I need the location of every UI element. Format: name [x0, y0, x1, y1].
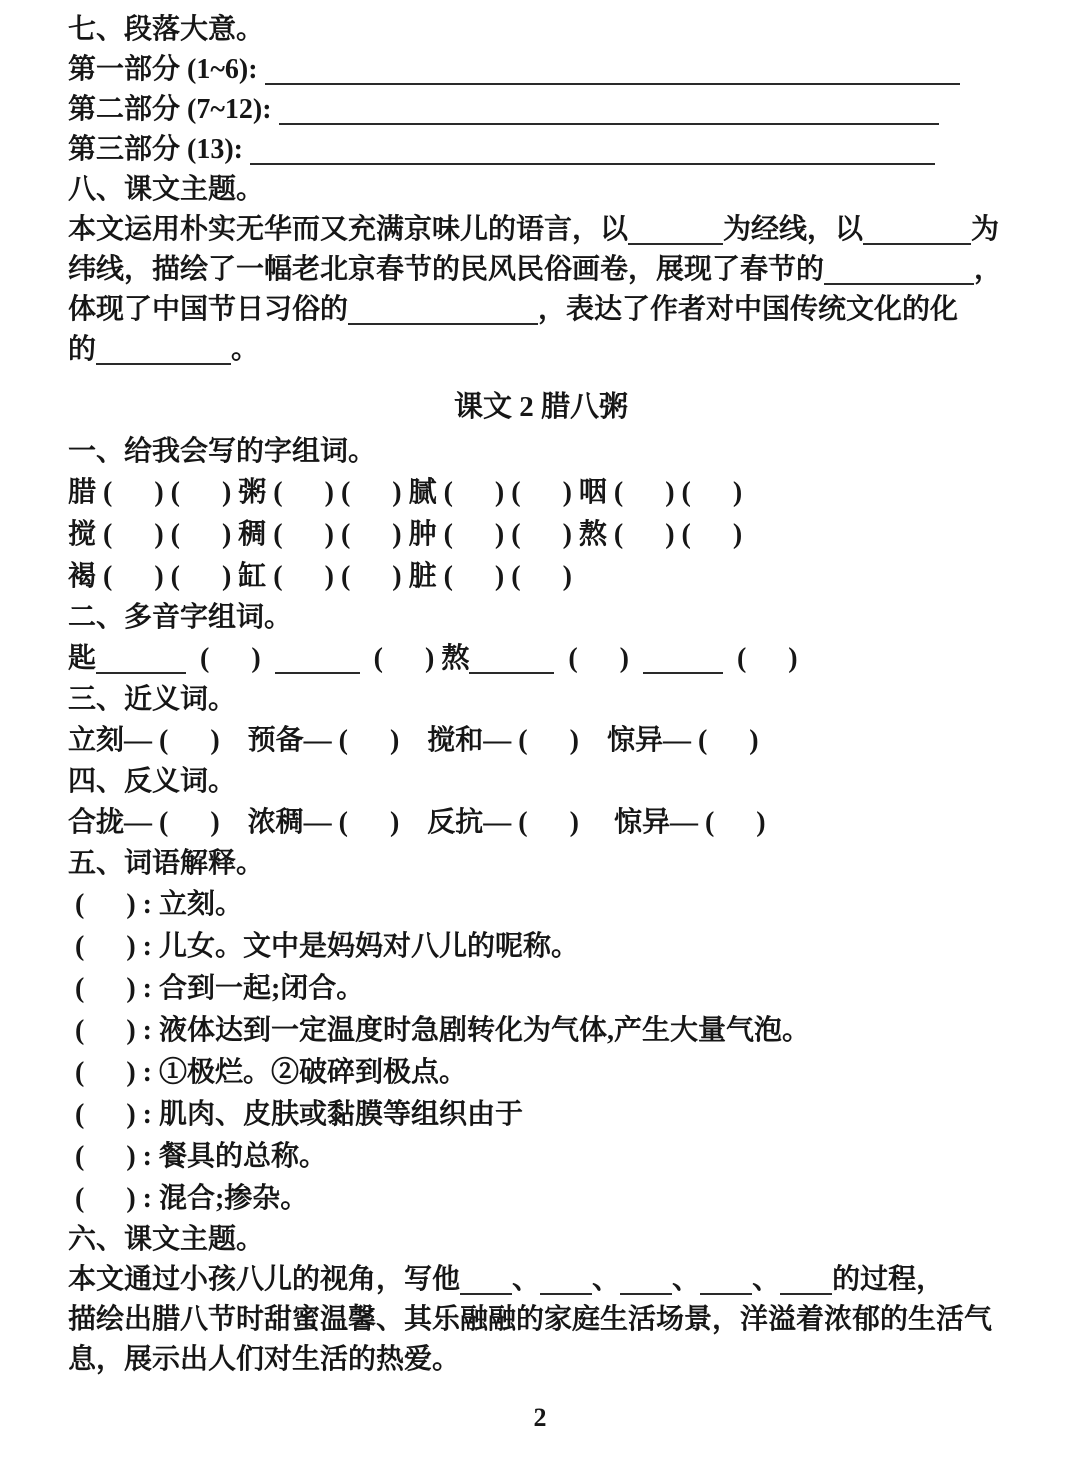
section-6-para-line-3: 息，展示出人们对生活的热爱。 — [68, 1340, 1014, 1380]
section-6-para-line-2: 描绘出腊八节时甜蜜温馨、其乐融融的家庭生活场景，洋溢着浓郁的生活气 — [68, 1300, 1014, 1340]
para-text: ， — [974, 254, 1002, 285]
definition-text: ( ) : 混合;掺杂。 — [68, 1183, 308, 1214]
section-8-para-line-4: 的。 — [68, 330, 1014, 370]
definition-text: ( ) : 肌肉、皮肤或黏膜等组织由于 — [68, 1099, 523, 1130]
word-row-text: 腊 ( ) ( ) 粥 ( ) ( ) 腻 ( ) ( ) 咽 ( ) ( ) — [68, 477, 742, 508]
section-4-heading-text: 四、反义词。 — [68, 766, 236, 797]
page-number: 2 — [0, 1403, 1080, 1433]
word-row-3: 褐 ( ) ( ) 缸 ( ) ( ) 脏 ( ) ( ) — [68, 556, 1014, 598]
section-3-heading-text: 三、近义词。 — [68, 684, 236, 715]
definition-item-8: ( ) : 混合;掺杂。 — [68, 1178, 1014, 1220]
page-number-text: 2 — [534, 1403, 547, 1432]
section-8-para-line-1: 本文运用朴实无华而又充满京味儿的语言，以为经线，以为 — [68, 210, 1014, 250]
para-separator: 、 — [592, 1264, 620, 1295]
blank-underline — [824, 253, 974, 285]
definition-item-1: ( ) : 立刻。 — [68, 884, 1014, 926]
part2-blank-underline — [279, 93, 939, 125]
blank-underline — [643, 642, 723, 674]
para-text: 的过程， — [832, 1264, 944, 1295]
part3-blank-underline — [250, 133, 935, 165]
part1-label: 第一部分 (1~6): — [68, 54, 265, 85]
blank-underline — [863, 213, 971, 245]
section-2-heading-text: 二、多音字组词。 — [68, 602, 292, 633]
word-row-text: 褐 ( ) ( ) 缸 ( ) ( ) 脏 ( ) ( ) — [68, 561, 572, 592]
lesson-title-text: 课文 2 腊八粥 — [454, 391, 628, 423]
polyphone-paren-char: ( ) 熬 — [360, 643, 470, 674]
para-text: 本文运用朴实无华而又充满京味儿的语言，以 — [68, 214, 628, 245]
section-1-heading: 一、给我会写的字组词。 — [68, 432, 1014, 472]
part3-line: 第三部分 (13): — [68, 130, 1014, 170]
section-3-heading: 三、近义词。 — [68, 680, 1014, 720]
synonym-row-text: 立刻— ( ) 预备— ( ) 搅和— ( ) 惊异— ( ) — [68, 725, 759, 756]
part1-blank-underline — [265, 53, 960, 85]
word-row-1: 腊 ( ) ( ) 粥 ( ) ( ) 腻 ( ) ( ) 咽 ( ) ( ) — [68, 472, 1014, 514]
definition-text: ( ) : 儿女。文中是妈妈对八儿的呢称。 — [68, 931, 579, 962]
part1-line: 第一部分 (1~6): — [68, 50, 1014, 90]
para-text: 。 — [231, 334, 259, 365]
word-row-text: 搅 ( ) ( ) 稠 ( ) ( ) 肿 ( ) ( ) 熬 ( ) ( ) — [68, 519, 742, 550]
para-text: 体现了中国节日习俗的 — [68, 294, 348, 325]
blank-underline — [96, 642, 186, 674]
definition-text: ( ) : 餐具的总称。 — [68, 1141, 327, 1172]
polyphone-char: 匙 — [68, 643, 96, 674]
word-row-2: 搅 ( ) ( ) 稠 ( ) ( ) 肿 ( ) ( ) 熬 ( ) ( ) — [68, 514, 1014, 556]
definition-text: ( ) : 立刻。 — [68, 889, 243, 920]
definition-item-4: ( ) : 液体达到一定温度时急剧转化为气体,产生大量气泡。 — [68, 1010, 1014, 1052]
para-text: 纬线，描绘了一幅老北京春节的民风民俗画卷，展现了春节的 — [68, 254, 824, 285]
section-7-heading: 七、段落大意。 — [68, 10, 1014, 50]
para-separator: 、 — [752, 1264, 780, 1295]
section-1-heading-text: 一、给我会写的字组词。 — [68, 436, 376, 467]
definition-item-7: ( ) : 餐具的总称。 — [68, 1136, 1014, 1178]
para-text: 息，展示出人们对生活的热爱。 — [68, 1344, 460, 1375]
section-6-heading-text: 六、课文主题。 — [68, 1224, 264, 1255]
definition-text: ( ) : 液体达到一定温度时急剧转化为气体,产生大量气泡。 — [68, 1015, 810, 1046]
section-4-heading: 四、反义词。 — [68, 762, 1014, 802]
section-6-heading: 六、课文主题。 — [68, 1220, 1014, 1260]
antonym-row: 合拢— ( ) 浓稠— ( ) 反抗— ( ) 惊异— ( ) — [68, 802, 1014, 844]
section-8-heading: 八、课文主题。 — [68, 170, 1014, 210]
blank-underline — [540, 1263, 592, 1295]
blank-underline — [628, 213, 723, 245]
polyphone-paren: ( ) — [186, 643, 275, 674]
blank-underline — [96, 333, 231, 365]
section-7-heading-text: 七、段落大意。 — [68, 14, 264, 45]
part2-label: 第二部分 (7~12): — [68, 94, 279, 125]
blank-underline — [700, 1263, 752, 1295]
para-separator: 、 — [512, 1264, 540, 1295]
blank-underline — [620, 1263, 672, 1295]
blank-underline — [780, 1263, 832, 1295]
blank-underline — [460, 1263, 512, 1295]
para-separator: 、 — [672, 1264, 700, 1295]
section-8-para-line-2: 纬线，描绘了一幅老北京春节的民风民俗画卷，展现了春节的， — [68, 250, 1014, 290]
para-text: 为 — [971, 214, 999, 245]
section-8-para-line-3: 体现了中国节日习俗的，表达了作者对中国传统文化的化 — [68, 290, 1014, 330]
blank-underline — [348, 293, 538, 325]
section-5-heading: 五、词语解释。 — [68, 844, 1014, 884]
definition-text: ( ) : 合到一起;闭合。 — [68, 973, 364, 1004]
para-text: 的 — [68, 334, 96, 365]
blank-underline — [275, 642, 360, 674]
para-text: 描绘出腊八节时甜蜜温馨、其乐融融的家庭生活场景，洋溢着浓郁的生活气 — [68, 1304, 992, 1335]
worksheet-page: 七、段落大意。 第一部分 (1~6): 第二部分 (7~12): 第三部分 (1… — [0, 0, 1080, 1459]
para-text: ，表达了作者对中国传统文化的化 — [538, 294, 958, 325]
part3-label: 第三部分 (13): — [68, 134, 250, 165]
definition-item-3: ( ) : 合到一起;闭合。 — [68, 968, 1014, 1010]
antonym-row-text: 合拢— ( ) 浓稠— ( ) 反抗— ( ) 惊异— ( ) — [68, 807, 766, 838]
definition-item-6: ( ) : 肌肉、皮肤或黏膜等组织由于 — [68, 1094, 1014, 1136]
section-2-heading: 二、多音字组词。 — [68, 598, 1014, 638]
section-8-heading-text: 八、课文主题。 — [68, 174, 264, 205]
section-6-para-line-1: 本文通过小孩八儿的视角，写他、、、、的过程， — [68, 1260, 1014, 1300]
blank-underline — [469, 642, 554, 674]
section-5-heading-text: 五、词语解释。 — [68, 848, 264, 879]
definition-text: ( ) : ①极烂。②破碎到极点。 — [68, 1057, 467, 1088]
part2-line: 第二部分 (7~12): — [68, 90, 1014, 130]
definition-item-2: ( ) : 儿女。文中是妈妈对八儿的呢称。 — [68, 926, 1014, 968]
para-text: 本文通过小孩八儿的视角，写他 — [68, 1264, 460, 1295]
lesson-title: 课文 2 腊八粥 — [68, 386, 1014, 428]
polyphone-row: 匙 ( ) ( ) 熬 ( ) ( ) — [68, 638, 1014, 680]
para-text: 为经线，以 — [723, 214, 863, 245]
definition-item-5: ( ) : ①极烂。②破碎到极点。 — [68, 1052, 1014, 1094]
polyphone-paren: ( ) — [554, 643, 643, 674]
polyphone-paren: ( ) — [723, 643, 798, 674]
synonym-row: 立刻— ( ) 预备— ( ) 搅和— ( ) 惊异— ( ) — [68, 720, 1014, 762]
